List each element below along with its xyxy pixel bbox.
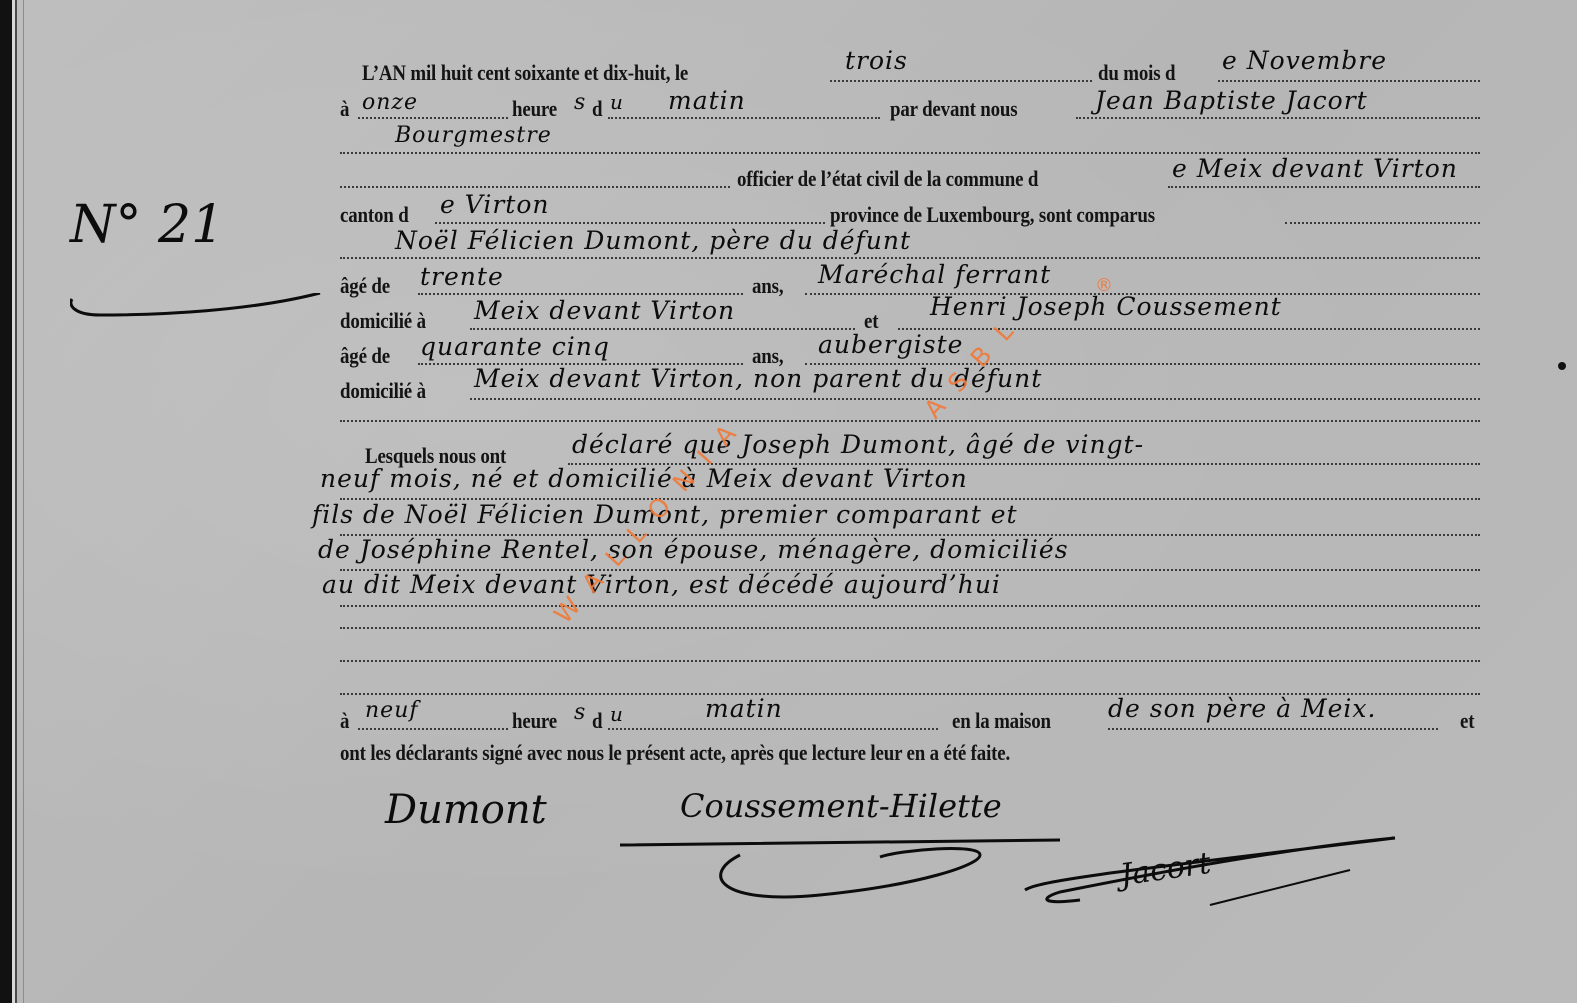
intro-text: L’AN mil huit cent soixante et dix-huit,… xyxy=(362,62,688,84)
declaration-text-4: de Joséphine Rentel, son épouse, ménagèr… xyxy=(318,537,1069,562)
declarant1-name: Noël Félicien Dumont, père du défunt xyxy=(395,228,911,253)
officer-title: Bourgmestre xyxy=(395,125,552,147)
signature-dumont: Dumont xyxy=(385,790,547,830)
hour-field-line xyxy=(358,117,508,119)
commune-value: e Meix devant Virton xyxy=(1172,156,1458,181)
age-label-1: âgé de xyxy=(340,275,390,297)
heure-label-2: heure xyxy=(512,710,557,732)
declaration-text-1: déclaré que Joseph Dumont, âgé de vingt- xyxy=(572,432,1144,457)
domicile-label-1: domicilié à xyxy=(340,310,426,332)
canton-value: e Virton xyxy=(440,192,550,217)
declarant1-age: trente xyxy=(420,264,504,289)
province-label: province de Luxembourg, sont comparus xyxy=(830,204,1155,226)
death-period: matin xyxy=(705,696,783,721)
blank-line xyxy=(340,186,730,188)
death-hour-suffix: s xyxy=(574,702,586,724)
blank-line xyxy=(340,627,1480,629)
et-label: et xyxy=(864,310,878,332)
closing-text: ont les déclarants signé avec nous le pr… xyxy=(340,742,1010,764)
day-value: trois xyxy=(845,48,908,73)
officier-label: officier de l’état civil de la commune d xyxy=(737,168,1038,190)
hour-suffix: s xyxy=(574,92,586,114)
et-label-2: et xyxy=(1460,710,1474,732)
day-field-line xyxy=(830,80,1092,82)
death-house: de son père à Meix. xyxy=(1108,696,1376,721)
declarant2-name: Henri Joseph Coussement xyxy=(930,294,1282,319)
declaration-text-2: neuf mois, né et domicilié à Meix devant… xyxy=(320,466,968,491)
declarant2-occupation: aubergiste xyxy=(818,332,963,357)
death-period-prefix: u xyxy=(610,704,624,724)
entry-number: N° 21 xyxy=(70,195,224,255)
hour-value: onze xyxy=(362,92,418,114)
officer-name: Jean Baptiste Jacort xyxy=(1095,88,1368,113)
a-label-2: à xyxy=(340,710,349,732)
ink-spot xyxy=(1558,362,1566,370)
canton-field-line xyxy=(435,222,825,224)
declarant1-domicile: Meix devant Virton xyxy=(474,298,735,323)
signature-flourish-2 xyxy=(600,835,1080,905)
house-line xyxy=(1108,728,1438,730)
binding-line xyxy=(15,0,17,1003)
officer-field-line xyxy=(1076,117,1480,119)
declarant2-age: quarante cinq xyxy=(420,334,610,359)
month-field-line xyxy=(1218,80,1480,82)
commune-field-line xyxy=(1168,186,1480,188)
margin-line xyxy=(23,0,24,1003)
d-label: d xyxy=(592,98,602,120)
declaration-line-5 xyxy=(340,605,1480,607)
register-page: N° 21 L’AN mil huit cent soixante et dix… xyxy=(0,0,1577,1003)
death-hour: neuf xyxy=(365,700,419,722)
declarant1-line xyxy=(340,257,1480,259)
watermark-registered: ® xyxy=(1095,275,1113,296)
domicile1-line xyxy=(470,328,855,330)
period-prefix: u xyxy=(610,92,624,112)
heure-label: heure xyxy=(512,98,557,120)
ans-label-1: ans, xyxy=(752,275,783,297)
domicile-label-2: domicilié à xyxy=(340,380,426,402)
month-label: du mois d xyxy=(1098,62,1175,84)
devant-label: par devant nous xyxy=(890,98,1017,120)
blank-line xyxy=(340,660,1480,662)
maison-label: en la maison xyxy=(952,710,1051,732)
a-label: à xyxy=(340,98,349,120)
blank-line xyxy=(1285,222,1480,224)
month-value: e Novembre xyxy=(1222,48,1387,73)
signature-coussement: Coussement-Hilette xyxy=(680,790,1002,822)
death-period-line xyxy=(608,728,938,730)
death-hour-line xyxy=(358,728,508,730)
age-label-2: âgé de xyxy=(340,345,390,367)
declaration-text-5: au dit Meix devant Virton, est décédé au… xyxy=(322,572,1001,597)
age1-field-line xyxy=(418,293,743,295)
blank-line xyxy=(340,420,1480,422)
period-value: matin xyxy=(668,88,746,113)
canton-label: canton d xyxy=(340,204,409,226)
signature-flourish-3 xyxy=(1020,820,1420,930)
domicile2-line xyxy=(470,398,1480,400)
d-label-2: d xyxy=(592,710,602,732)
entry-number-flourish xyxy=(70,293,330,323)
period-field-line xyxy=(608,117,880,119)
declarant1-occupation: Maréchal ferrant xyxy=(818,262,1051,287)
book-binding xyxy=(0,0,12,1003)
